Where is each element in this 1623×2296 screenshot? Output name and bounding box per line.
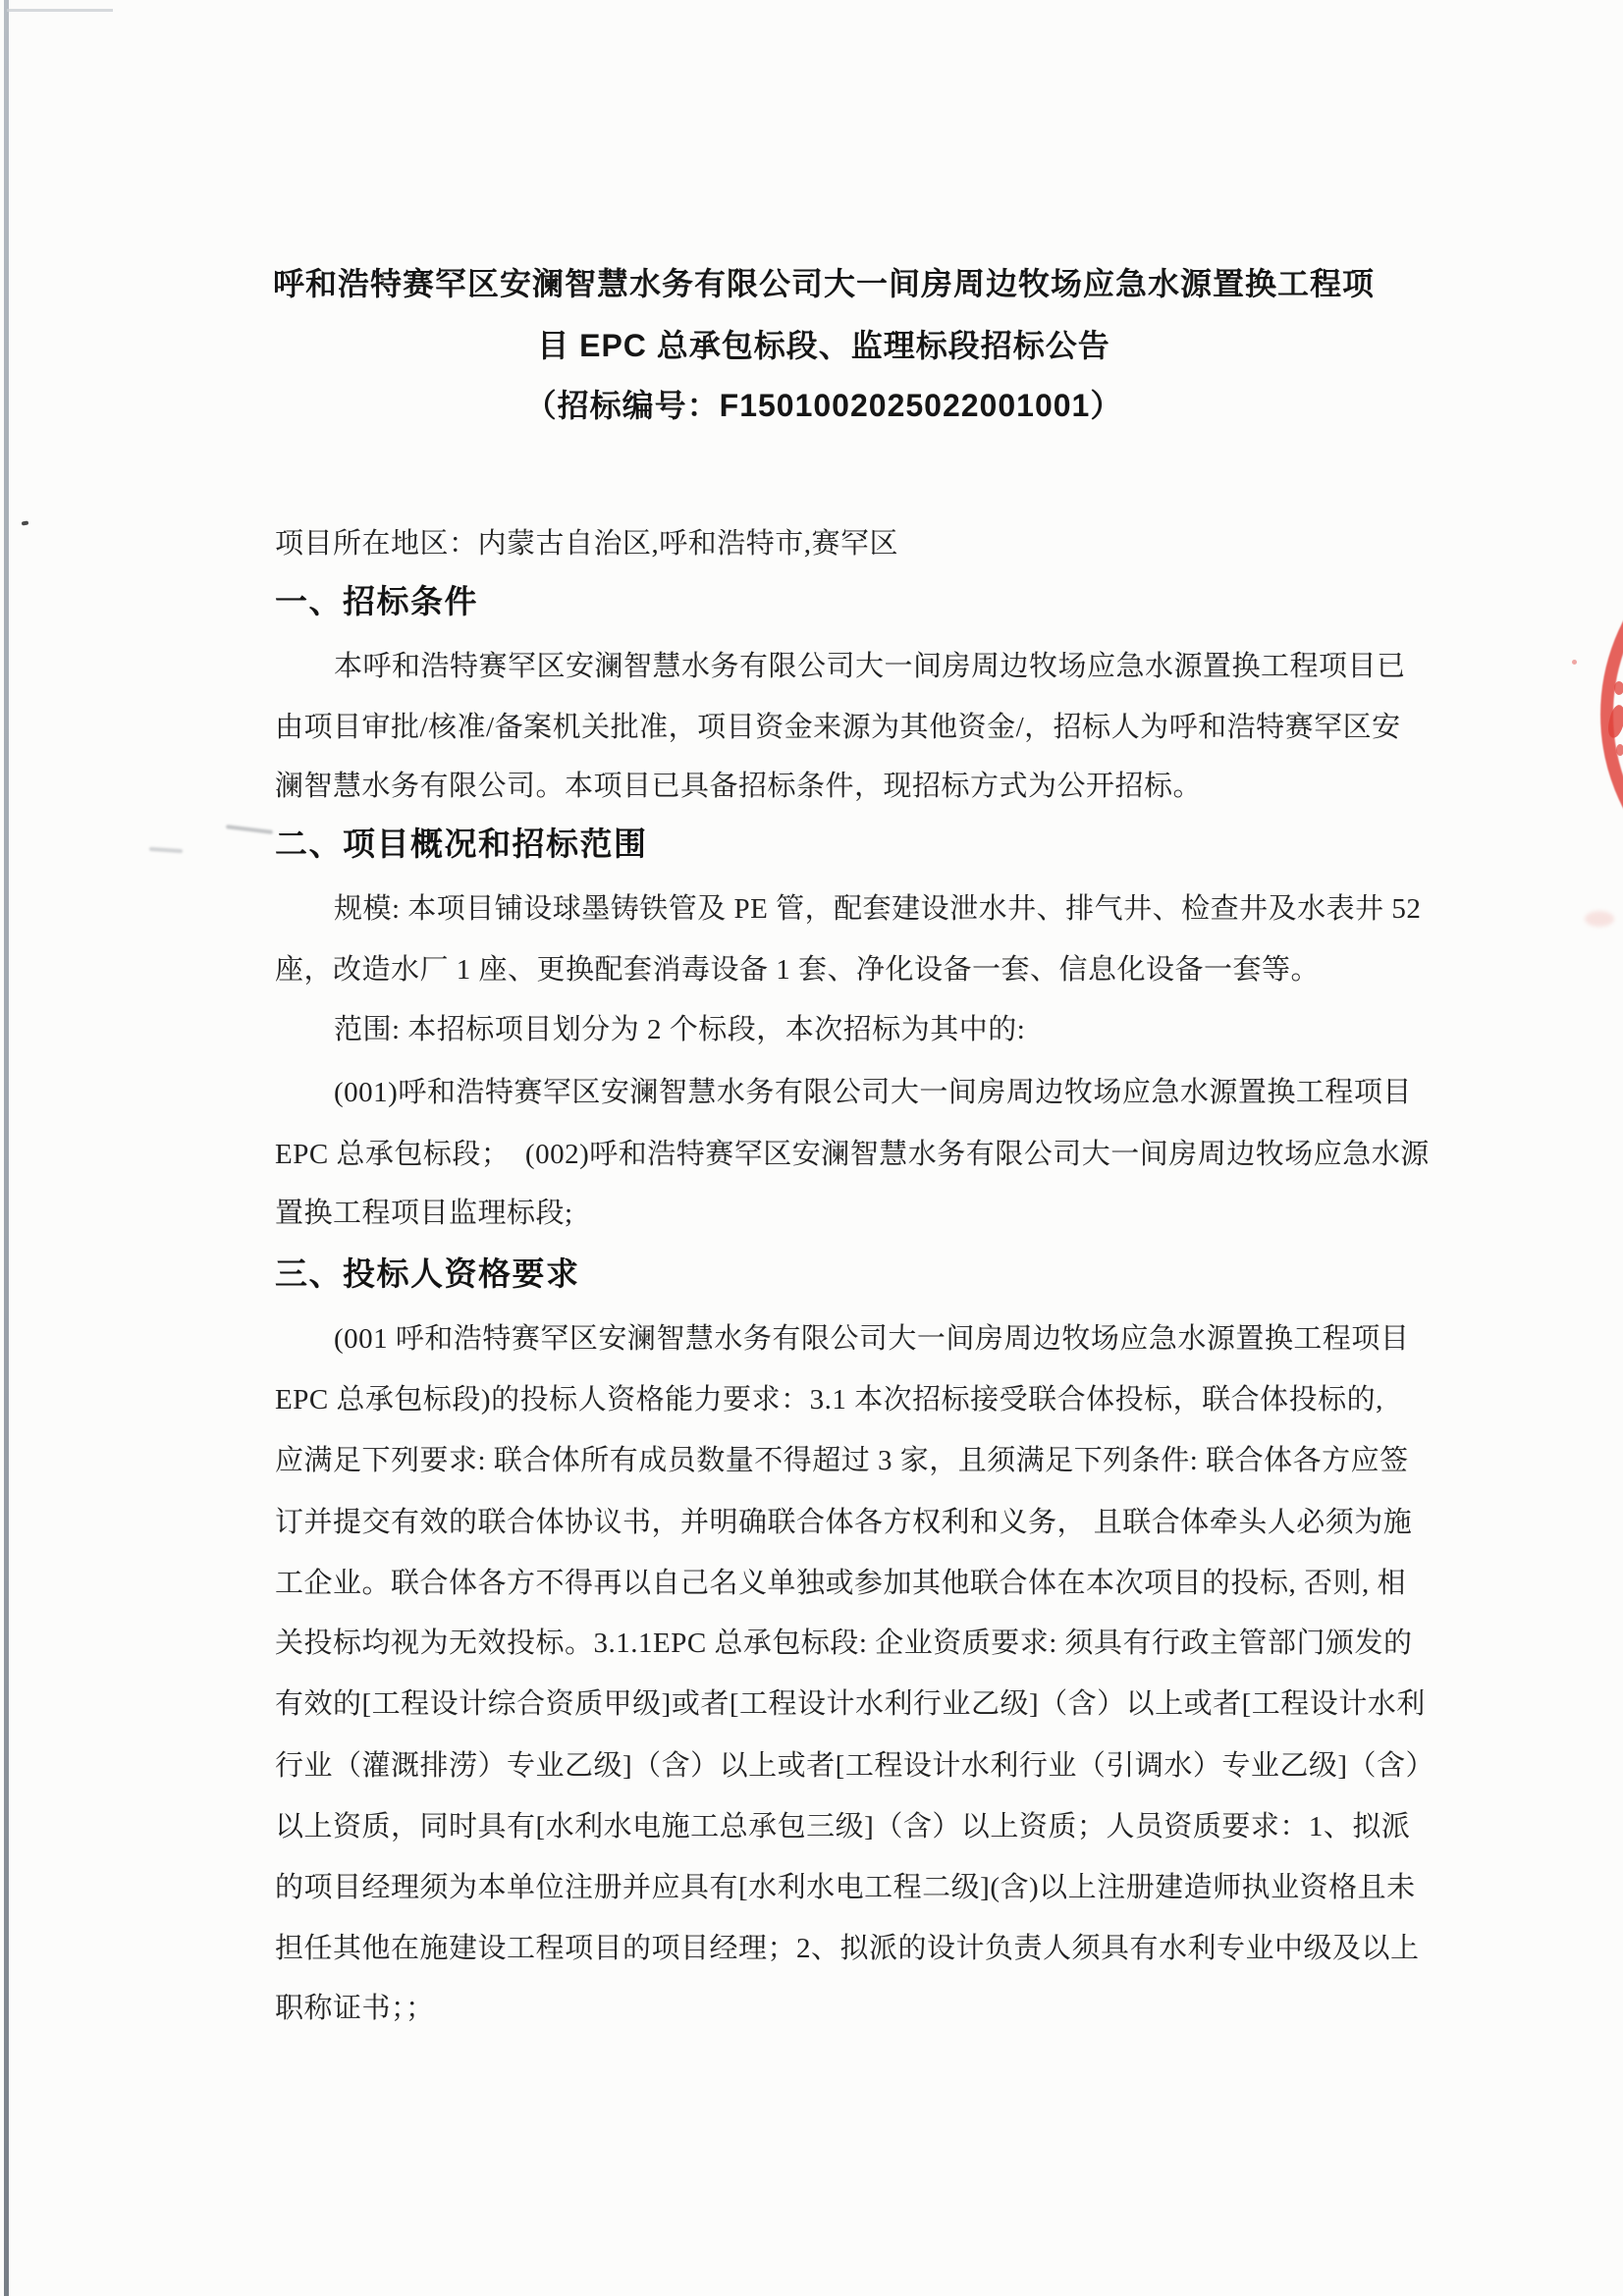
red-seal-fragment <box>1616 744 1623 756</box>
red-seal-speck <box>1572 660 1577 665</box>
body-line: (001 呼和浩特赛罕区安澜智慧水务有限公司大一间房周边牧场应急水源置换工程项目 <box>334 1323 1409 1355</box>
project-location-line: 项目所在地区：内蒙古自治区,呼和浩特市,赛罕区 <box>275 528 898 560</box>
body-line: 职称证书；； <box>275 1993 435 2024</box>
body-line: 行业（灌溉排涝）专业乙级]（含）以上或者[工程设计水利行业（引调水）专业乙级]（… <box>275 1750 1434 1782</box>
body-line: 订并提交有效的联合体协议书，并明确联合体各方权利和义务， 且联合体牵头人必须为施 <box>275 1507 1412 1538</box>
body-line: 范围: 本招标项目划分为 2 个标段，本次招标为其中的: <box>334 1014 1025 1045</box>
section-heading-1: 一、招标条件 <box>275 586 478 617</box>
body-line: 规模: 本项目铺设球墨铸铁管及 PE 管，配套建设泄水井、排气井、检查井及水表井… <box>334 893 1421 925</box>
scanned-document-page: 呼和浩特赛罕区安澜智慧水务有限公司大一间房周边牧场应急水源置换工程项 目 EPC… <box>0 0 1623 2296</box>
body-line: 由项目审批/核准/备案机关批准，项目资金来源为其他资金/，招标人为呼和浩特赛罕区… <box>275 712 1401 743</box>
scanner-edge-artifact <box>4 0 9 2296</box>
body-line: 应满足下列要求: 联合体所有成员数量不得超过 3 家，且须满足下列条件: 联合体… <box>275 1445 1409 1476</box>
body-line: 有效的[工程设计综合资质甲级]或者[工程设计水利行业乙级]（含）以上或者[工程设… <box>275 1688 1426 1720</box>
body-line: 的项目经理须为本单位注册并应具有[水利水电工程二级](含)以上注册建造师执业资格… <box>275 1872 1416 1903</box>
ink-dot-artifact <box>22 521 28 526</box>
document-title-line: 呼和浩特赛罕区安澜智慧水务有限公司大一间房周边牧场应急水源置换工程项 <box>273 259 1375 304</box>
section-heading-2: 二、项目概况和招标范围 <box>275 828 648 860</box>
body-line: 置换工程项目监理标段; <box>275 1198 573 1229</box>
section-heading-3: 三、投标人资格要求 <box>275 1258 580 1290</box>
document-title-line: 目 EPC 总承包标段、监理标段招标公告 <box>537 321 1110 366</box>
red-seal-fragment <box>1614 681 1623 695</box>
body-line: 澜智慧水务有限公司。本项目已具备招标条件，现招标方式为公开招标。 <box>275 771 1202 802</box>
body-line: 以上资质，同时具有[水利水电施工总承包三级]（含）以上资质；人员资质要求：1、拟… <box>275 1811 1410 1842</box>
body-line: 关投标均视为无效投标。3.1.1EPC 总承包标段: 企业资质要求: 须具有行政… <box>275 1628 1413 1659</box>
body-line: 座，改造水厂 1 座、更换配套消毒设备 1 套、净化设备一套、信息化设备一套等。 <box>275 954 1320 986</box>
pencil-smudge <box>149 847 183 853</box>
body-line: 本呼和浩特赛罕区安澜智慧水务有限公司大一间房周边牧场应急水源置换工程项目已 <box>334 651 1406 682</box>
body-line: 担任其他在施建设工程项目的项目经理；2、拟派的设计负责人须具有水利专业中级及以上 <box>275 1933 1420 1964</box>
pencil-smudge <box>226 825 273 834</box>
body-line: EPC 总承包标段； (002)呼和浩特赛罕区安澜智慧水务有限公司大一间房周边牧… <box>275 1139 1430 1170</box>
tender-number-line: （招标编号：F1501002025022001001） <box>525 381 1123 426</box>
red-seal-smudge <box>1585 911 1614 927</box>
body-line: 工企业。联合体各方不得再以自己名义单独或参加其他联合体在本次项目的投标, 否则,… <box>275 1568 1406 1599</box>
scanner-edge-artifact-top <box>7 9 113 12</box>
body-line: (001)呼和浩特赛罕区安澜智慧水务有限公司大一间房周边牧场应急水源置换工程项目 <box>334 1077 1412 1108</box>
body-line: EPC 总承包标段)的投标人资格能力要求：3.1 本次招标接受联合体投标，联合体… <box>275 1384 1383 1415</box>
